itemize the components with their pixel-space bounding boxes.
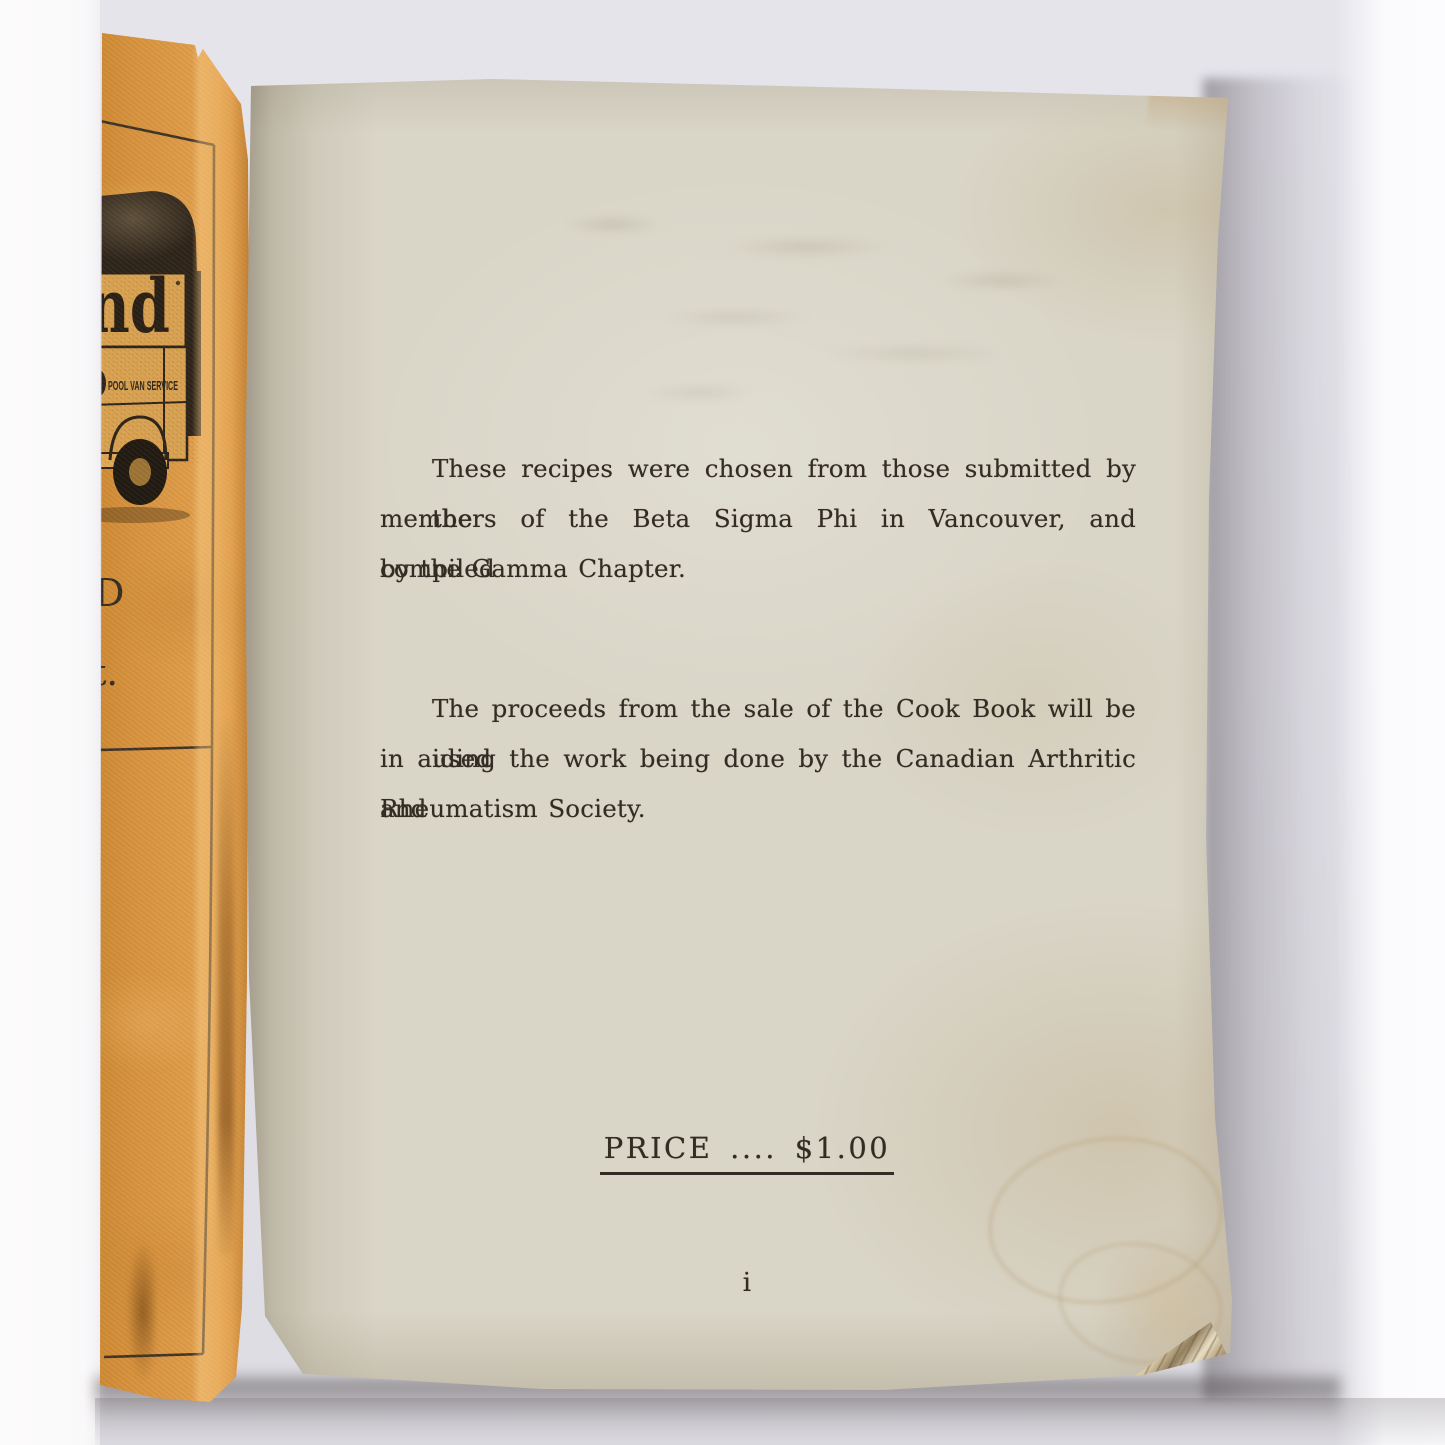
introduction-page: These recipes were chosen from those sub…: [243, 78, 1235, 1396]
wall-left-white-strip: [0, 0, 100, 1445]
book-photo-scene: nd POOL VAN SERVICE D t.: [0, 0, 1445, 1445]
paragraph-line: The proceeds from the sale of the Cook B…: [380, 684, 1136, 734]
price-line: PRICE .... $1.00: [369, 1131, 1125, 1175]
reverse-side-show-through: [483, 163, 1203, 443]
paragraph-line: members of the Beta Sigma Phi in Vancouv…: [380, 494, 1136, 544]
cover-crease-shadow: [218, 715, 234, 1255]
paragraph-line: in aiding the work being done by the Can…: [380, 734, 1136, 784]
price-text: PRICE .... $1.00: [600, 1131, 895, 1175]
paragraph-line: Rheumatism Society.: [380, 784, 1136, 834]
intro-paragraph-2: The proceeds from the sale of the Cook B…: [380, 684, 1136, 834]
paragraph-line: by the Gamma Chapter.: [380, 544, 1136, 594]
inside-front-cover-page: nd POOL VAN SERVICE D t.: [100, 25, 250, 1410]
ad-cutoff-text-1: D: [100, 571, 124, 615]
ad-cutoff-text-2: t.: [100, 653, 118, 694]
van-ground-shadow: [100, 507, 190, 523]
page-cast-shadow-right: [1203, 78, 1358, 1400]
halftone-overlay: [100, 253, 201, 465]
moving-van-illustration: nd POOL VAN SERVICE: [100, 191, 201, 523]
paragraph-line: These recipes were chosen from those sub…: [380, 444, 1136, 494]
page-number: i: [369, 1263, 1125, 1303]
intro-paragraph-1: These recipes were chosen from those sub…: [380, 444, 1136, 594]
gutter-shadow: [125, 1215, 155, 1390]
